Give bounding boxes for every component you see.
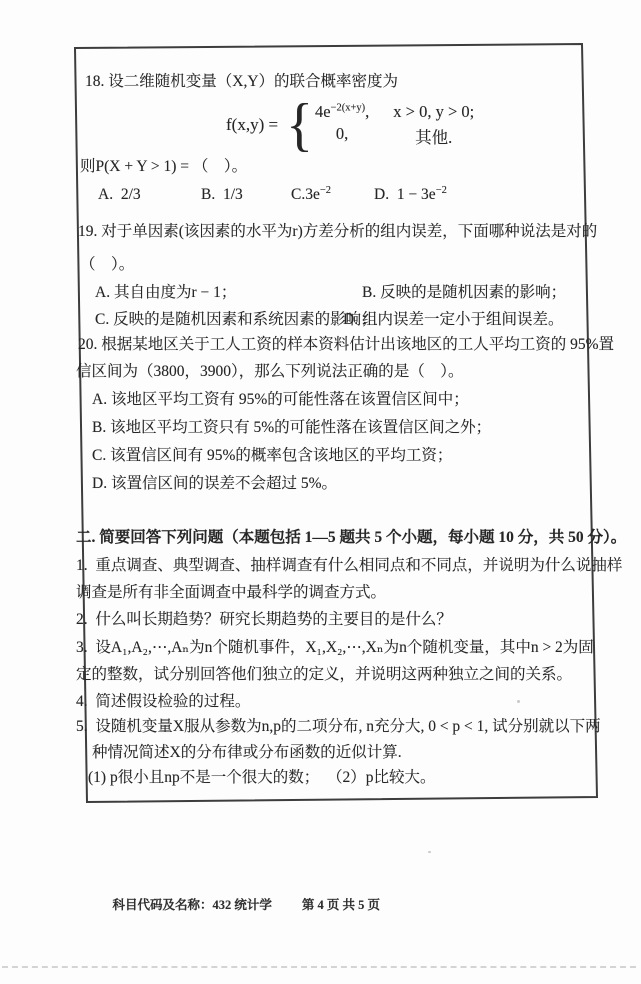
page-footer: 科目代码及名称：432 统计学第 4 页 共 5 页 [100, 880, 380, 928]
question-19-stem-line2: （ ）。 [80, 254, 134, 275]
formula-case1-expression: 4e−2(x+y), [315, 102, 369, 122]
section-2-question-4: 4. 简述假设检验的过程。 [76, 691, 250, 712]
section-2-question-2: 2. 什么叫长期趋势？研究长期趋势的主要目的是什么？ [76, 609, 452, 630]
scan-artifact-dotted-line [2, 966, 636, 968]
formula-cases: 4e−2(x+y), x > 0, y > 0; 0, 其他. [315, 102, 474, 148]
question-18-stem: 18. 设二维随机变量（X,Y）的联合概率密度为 [85, 71, 398, 92]
question-19-option-a: A. 其自由度为r − 1； [95, 282, 236, 303]
question-20-stem-line2: 信区间为（3800，3900），那么下列说法正确的是（ ）。 [76, 361, 464, 382]
scan-speck [428, 851, 431, 853]
question-18-option-d: D. 1 − 3e−2 [374, 184, 447, 205]
question-20-option-d: D. 该置信区间的误差不会超过 5%。 [92, 473, 337, 494]
formula-case1-exponent: −2(x+y) [331, 103, 366, 114]
question-20-option-c: C. 该置信区间有 95%的概率包含该地区的平均工资； [92, 445, 452, 466]
question-20-stem-line1: 20. 根据某地区关于工人工资的样本资料估计出该地区的工人平均工资的 95%置 [78, 334, 614, 355]
section-2-question-1-line1: 1. 重点调查、典型调查、抽样调查有什么相同点和不同点，并说明为什么说抽样 [76, 555, 622, 576]
question-18-option-a: A. 2/3 [98, 184, 141, 205]
question-19-option-b: B. 反映的是随机因素的影响； [362, 282, 566, 303]
formula-case1-condition: x > 0, y > 0; [393, 102, 474, 122]
section-2-header: 二. 简要回答下列问题（本题包括 1—5 题共 5 个小题，每小题 10 分，共… [76, 527, 626, 548]
question-18-formula: f(x,y) = { 4e−2(x+y), x > 0, y > 0; 0, 其… [226, 97, 474, 153]
question-19-option-d: D. 组内误差一定小于组间误差。 [343, 309, 563, 330]
formula-lhs: f(x,y) = [226, 115, 278, 135]
question-19-option-c: C. 反映的是随机因素和系统因素的影响； [95, 309, 377, 330]
scanned-exam-page: 18. 设二维随机变量（X,Y）的联合概率密度为 f(x,y) = { 4e−2… [0, 0, 641, 984]
formula-case2-expression: 0, [315, 124, 369, 148]
section-2-question-3-line1: 3. 设A₁,A₂,⋯,Aₙ为n个随机事件，X₁,X₂,⋯,Xₙ为n个随机变量，… [76, 637, 594, 658]
section-2-question-1-line2: 调查是所有非全面调查中最科学的调查方式。 [76, 582, 386, 603]
footer-subject-code: 科目代码及名称：432 统计学 [113, 898, 272, 912]
question-18-option-b: B. 1/3 [201, 184, 243, 205]
question-20-option-a: A. 该地区平均工资有 95%的可能性落在该置信区间中； [92, 389, 469, 410]
question-20-option-b: B. 该地区平均工资只有 5%的可能性落在该置信区间之外； [92, 417, 491, 438]
question-18-option-c: C.3e−2 [291, 184, 331, 205]
section-2-question-5-line2: 种情况简述X的分布律或分布函数的近似计算. [92, 742, 402, 763]
scan-speck [517, 700, 520, 703]
section-2-question-3-line2: 定的整数，试分别回答他们独立的定义，并说明这两种独立之间的关系。 [76, 664, 572, 685]
formula-brace-icon: { [286, 96, 313, 155]
section-2-question-5-line3: (1) p很小且np不是一个很大的数； （2）p比较大。 [88, 767, 435, 788]
footer-page-number: 第 4 页 共 5 页 [302, 898, 380, 912]
question-19-stem-line1: 19. 对于单因素(该因素的水平为r)方差分析的组内误差，下面哪种说法是对的 [78, 221, 597, 242]
section-2-question-5-line1: 5. 设随机变量X服从参数为n,p的二项分布, n充分大, 0 < p < 1,… [76, 716, 601, 737]
formula-case2-condition: 其他. [393, 124, 474, 148]
question-18-ask: 则P(X + Y > 1) = （ ）。 [80, 156, 247, 177]
